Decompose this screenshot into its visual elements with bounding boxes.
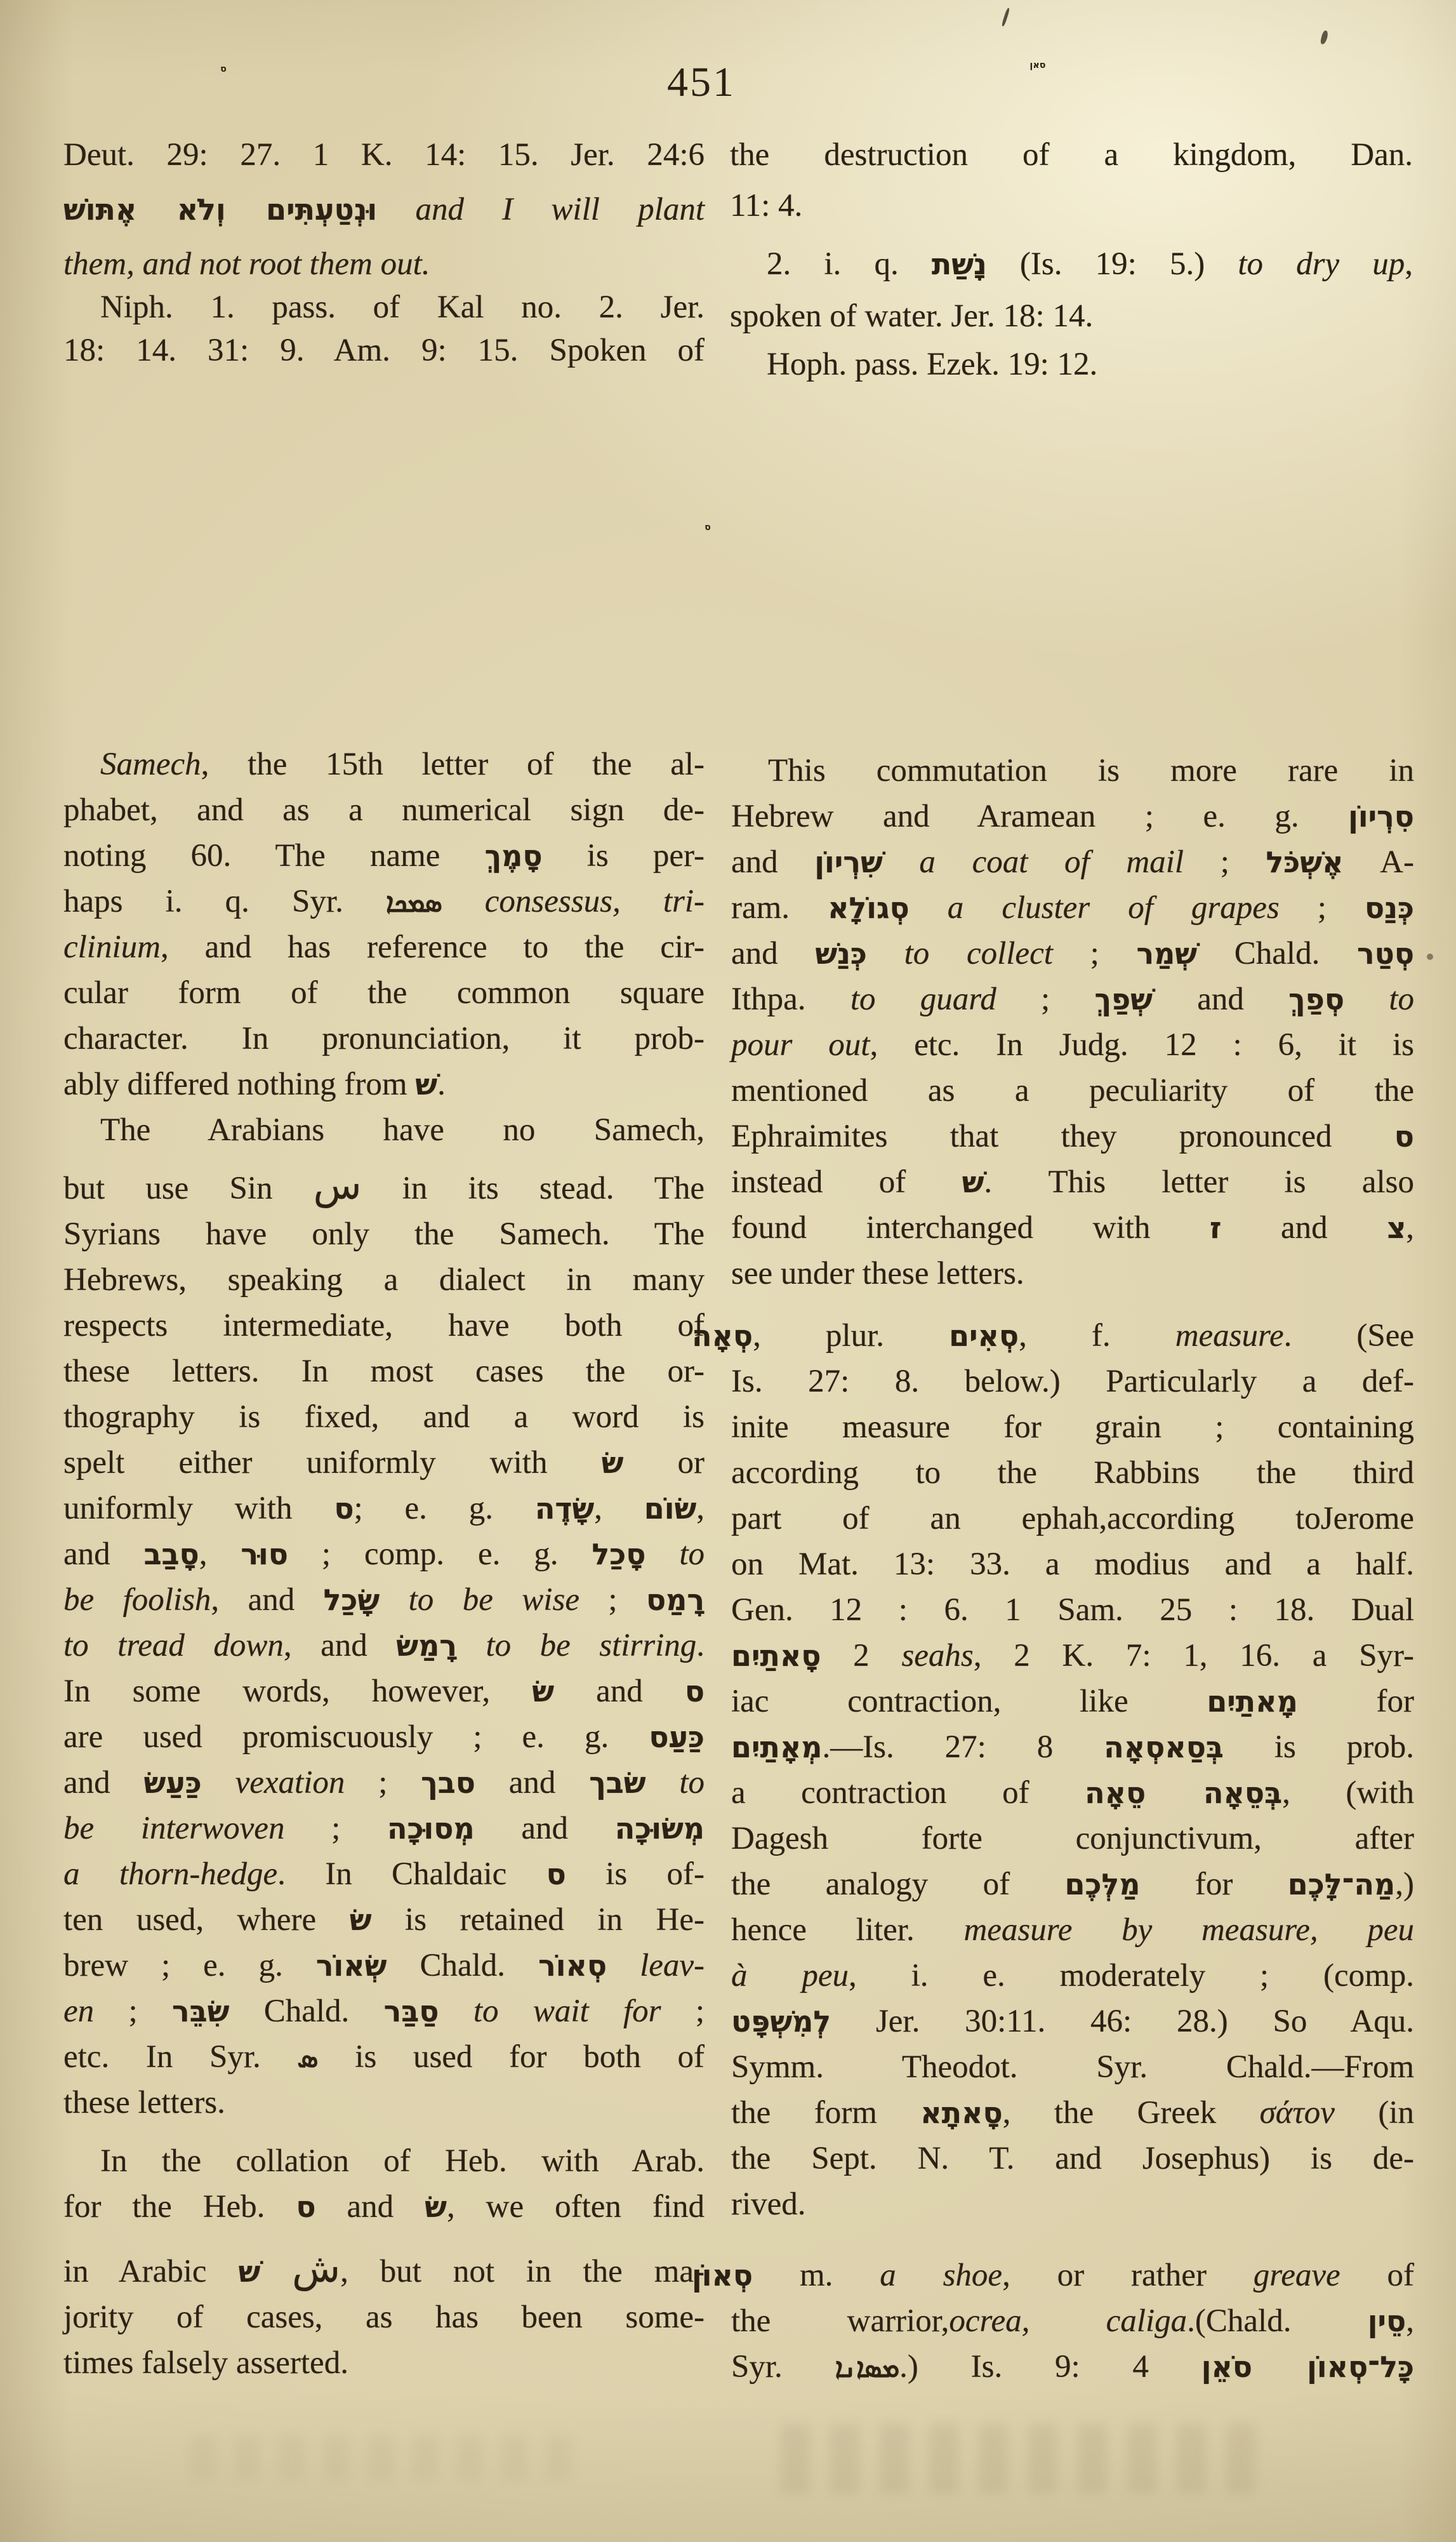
italic-text: a shoe — [880, 2258, 1002, 2293]
text-line: mentioned as a peculiarity of the — [731, 1068, 1414, 1114]
text-line: for the Heb. ס and שׂ, we often find — [63, 2184, 705, 2230]
roman-text: is prob. — [1224, 1729, 1414, 1765]
roman-text: and — [731, 844, 814, 880]
hebrew-text: בְּסֵאָה סֵאָה — [1085, 1776, 1282, 1810]
roman-text: or — [623, 1445, 705, 1481]
hebrew-text: סֵין — [1368, 2304, 1406, 2338]
roman-text: ; comp. e. g. — [288, 1536, 592, 1572]
arabic-text: س — [314, 1162, 362, 1208]
roman-text: on Mat. 13: 33. a modius and a half. — [731, 1547, 1414, 1582]
roman-text: .) Is. 9: 4 — [899, 2349, 1201, 2385]
roman-text: ; — [1053, 936, 1137, 971]
roman-text: ; — [996, 982, 1095, 1017]
text-line: iac contraction, like מָאתַיִם for — [731, 1679, 1414, 1724]
hebrew-text: שׁ — [962, 1165, 984, 1199]
hebrew-text: סָמֶךְ — [485, 839, 543, 873]
roman-text: Chald. — [229, 1993, 383, 2029]
roman-text — [380, 1582, 408, 1618]
roman-text: the destruction of a kingdom, Dan. — [730, 137, 1413, 173]
roman-text: , and has reference to the cir- — [161, 929, 705, 965]
text-line: 18: 14. 31: 9. Am. 9: 15. Spoken of — [63, 329, 705, 372]
text-line: and שִׁרְיוֹן a coat of mail ; אֶשְׁכֹּל… — [731, 839, 1414, 885]
text-line: clinium, and has reference to the cir- — [63, 924, 705, 970]
hebrew-text: צ — [1387, 1211, 1406, 1245]
greek-text: σάτον — [1260, 2095, 1335, 2131]
arabic-text: ش — [292, 2245, 340, 2291]
roman-text: and — [1153, 982, 1288, 1017]
text-line: the destruction of a kingdom, Dan. — [730, 133, 1413, 176]
roman-text: thography is fixed, and a word is — [63, 1399, 705, 1435]
main-left-column: Samech, the 15th letter of the al-phabet… — [63, 742, 705, 2386]
text-line: Hebrews, speaking a dialect in many — [63, 1257, 705, 1303]
text-line: לְמִשְׁפָּט Jer. 30:11. 46: 28.) So Aqu. — [731, 1999, 1414, 2044]
roman-text: , etc. In Judg. 12 : 6, it is — [870, 1027, 1414, 1063]
hebrew-text: סוּר — [241, 1537, 288, 1571]
roman-text: ,) — [1395, 1867, 1414, 1902]
italic-text: to guard — [850, 982, 996, 1017]
roman-text: ; — [579, 1582, 646, 1618]
running-head-left-letter: ס — [185, 65, 261, 74]
roman-text: brew ; e. g. — [63, 1948, 316, 1983]
text-line: Ithpa. to guard ; שְׁפַךְ and סְפַךְ to — [731, 976, 1414, 1022]
page-number: 451 — [638, 58, 765, 107]
hebrew-text: מְסוּכָה — [387, 1811, 475, 1846]
text-line: brew ; e. g. שְׂאוֹר Chald. סְאוֹר leav- — [63, 1943, 705, 1988]
roman-text: , — [1406, 1210, 1414, 1246]
roman-text: and — [1221, 1210, 1387, 1246]
text-line: In some words, however, שׂ and ס — [63, 1668, 705, 1714]
hebrew-text: שְׂאוֹר — [316, 1948, 387, 1983]
hebrew-text: בְּסַאסְאָה — [1104, 1730, 1224, 1764]
italic-text: to be wise — [409, 1582, 579, 1618]
roman-text: ; — [1280, 890, 1365, 926]
roman-text: . — [696, 1628, 705, 1663]
hebrew-text: נָשַׁת — [932, 247, 987, 281]
roman-text: This commutation is more rare in — [768, 753, 1414, 789]
text-line: מְאָתַיִם.—Is. 27: 8 בְּסַאסְאָה is prob… — [731, 1724, 1414, 1770]
text-line: part of an ephah,according toJerome — [731, 1496, 1414, 1541]
hebrew-text: שׂ — [532, 1674, 554, 1708]
roman-text — [883, 844, 920, 880]
roman-text: Ithpa. — [731, 982, 850, 1017]
text-line: Dagesh forte conjunctivum, after — [731, 1816, 1414, 1861]
roman-text: The Arabians have no Samech, — [100, 1112, 705, 1148]
hebrew-text: סַבַּר — [384, 1994, 439, 2028]
roman-text — [439, 1993, 473, 2029]
text-line: them, and not root them out. — [63, 243, 705, 286]
roman-text: , we often find — [447, 2189, 705, 2225]
roman-text: for — [1140, 1867, 1287, 1902]
roman-text: Gen. 12 : 6. 1 Sam. 25 : 18. Dual — [731, 1592, 1414, 1628]
roman-text: Niph. 1. pass. of Kal no. 2. Jer. — [100, 289, 705, 325]
hebrew-text: כְּנַשׁ — [815, 936, 867, 971]
roman-text: , — [1405, 246, 1413, 282]
italic-text: a coat of mail — [919, 844, 1184, 880]
roman-text: the warrior, — [731, 2303, 949, 2339]
hebrew-text: רָמַשׂ — [396, 1628, 457, 1663]
roman-text: spoken of water. Jer. 18: 14. — [730, 298, 1093, 334]
roman-text: m. — [753, 2258, 880, 2293]
roman-text: inite measure for grain ; containing — [731, 1409, 1414, 1445]
hebrew-text: ז — [1210, 1211, 1221, 1245]
top-left-column: Deut. 29: 27. 1 K. 14: 15. Jer. 24:6וּנְ… — [63, 133, 705, 372]
hebrew-text: שׁ — [415, 1067, 437, 1101]
hebrew-text: שׂ — [602, 1446, 624, 1480]
roman-text: , (with — [1282, 1775, 1414, 1811]
hebrew-text: שְׁמַר — [1136, 936, 1197, 971]
italic-text: to wait for — [473, 1993, 661, 2029]
roman-text: according to the Rabbins the third — [731, 1455, 1414, 1491]
hebrew-text: שְׁפַךְ — [1094, 982, 1153, 1016]
text-line: times falsely asserted. — [63, 2340, 705, 2386]
hebrew-text: מְשׂוּכָה — [615, 1811, 705, 1846]
hebrew-text: סְאוֹר — [538, 1948, 607, 1983]
hebrew-text: לְמִשְׁפָּט — [731, 2004, 831, 2039]
section-divider-letter: ס — [666, 523, 749, 532]
italic-text: measure — [1175, 1318, 1284, 1354]
hebrew-text: כַּעַשׂ — [143, 1766, 201, 1800]
scan-artifact — [1427, 954, 1433, 960]
italic-text: to be stirring — [486, 1628, 696, 1663]
roman-text: noting 60. The name — [63, 838, 485, 874]
hebrew-text: מַלְּכֶם — [1065, 1867, 1141, 1901]
roman-text: , — [1406, 2303, 1414, 2339]
roman-text: is of- — [566, 1856, 705, 1892]
hebrew-text: אֶשְׁכֹּל — [1266, 845, 1344, 879]
text-line: the warrior,ocrea, caliga.(Chald. סֵין, — [731, 2298, 1414, 2344]
hebrew-text: סְפַךְ — [1288, 982, 1344, 1016]
roman-text: the form — [731, 2095, 920, 2131]
roman-text: rived. — [731, 2186, 806, 2222]
text-line: to tread down, and רָמַשׂ to be stirring… — [63, 1623, 705, 1668]
roman-text: , — [594, 1491, 644, 1526]
roman-text: the analogy of — [731, 1867, 1065, 1902]
roman-text: ; e. g. — [354, 1491, 535, 1526]
roman-text: , but not in the ma- — [340, 2254, 705, 2289]
text-line: à peu, i. e. moderately ; (comp. — [731, 1953, 1414, 1999]
hebrew-text: שׂבך — [589, 1766, 645, 1800]
hebrew-text: שׂ — [425, 2190, 447, 2224]
italic-text: à peu — [731, 1958, 849, 1993]
roman-text: Hebrews, speaking a dialect in many — [63, 1262, 705, 1298]
text-line: ram. סְגוֹלָא a cluster of grapes ; כְּנ… — [731, 885, 1414, 931]
text-line: these letters. — [63, 2080, 705, 2126]
text-line: pour out, etc. In Judg. 12 : 6, it is — [731, 1022, 1414, 1068]
text-line: 11: 4. — [730, 184, 1413, 227]
text-line: phabet, and as a numerical sign de- — [63, 787, 705, 833]
roman-text: , or rather — [1002, 2258, 1254, 2293]
scan-artifact — [1320, 30, 1328, 45]
italic-text: to — [679, 1536, 705, 1572]
roman-text: times falsely asserted. — [63, 2345, 348, 2381]
hebrew-text: שׂ — [350, 1903, 372, 1937]
roman-text: (in — [1335, 2095, 1414, 2131]
hebrew-text: ס — [546, 1857, 566, 1891]
hebrew-text: מַה־לָּכֶם — [1288, 1867, 1396, 1901]
text-line: a thorn-hedge. In Chaldaic ס is of- — [63, 1851, 705, 1897]
roman-text: , — [199, 1536, 241, 1572]
roman-text: In the collation of Heb. with Arab. — [100, 2143, 705, 2179]
hebrew-text: סבך — [421, 1766, 475, 1800]
italic-text: to — [679, 1765, 705, 1800]
roman-text: phabet, and as a numerical sign de- — [63, 792, 705, 828]
roman-text — [607, 1948, 640, 1983]
text-line: Symm. Theodot. Syr. Chald.—From — [731, 2044, 1414, 2090]
roman-text: .—Is. 27: 8 — [822, 1729, 1104, 1765]
roman-text: but use Sin — [63, 1171, 314, 1206]
hebrew-text: ס — [296, 2190, 315, 2224]
roman-text: and — [475, 1811, 615, 1846]
italic-text: them, and not root them out. — [63, 246, 430, 282]
roman-text: Hebrew and Aramean ; e. g. — [731, 799, 1348, 834]
roman-text: Syrians have only the Samech. The — [63, 1216, 705, 1252]
roman-text — [377, 192, 415, 227]
italic-text: to tread down — [63, 1628, 284, 1663]
roman-text: ten used, where — [63, 1902, 350, 1938]
roman-text: mentioned as a peculiarity of the — [731, 1073, 1414, 1108]
roman-text: a contraction of — [731, 1775, 1085, 1811]
italic-text: measure by measure, peu — [963, 1912, 1414, 1948]
roman-text: jority of cases, as has been some- — [63, 2299, 705, 2335]
roman-text: found interchanged with — [731, 1210, 1210, 1246]
italic-text: ocrea, caliga — [949, 2303, 1187, 2339]
roman-text: , 2 K. 7: 1, 16. a Syr- — [974, 1638, 1414, 1674]
italic-text: greave — [1254, 2258, 1340, 2293]
roman-text: iac contraction, like — [731, 1684, 1207, 1719]
hebrew-text: כָּל־סְאוֹן סֹאֵן — [1201, 2350, 1414, 2384]
hebrew-text: סָבַב — [144, 1537, 199, 1571]
roman-text: see under these letters. — [731, 1256, 1024, 1291]
roman-text: and — [554, 1674, 685, 1709]
text-line: Ephraimites that they pronounced ס — [731, 1114, 1414, 1159]
roman-text: , the 15th letter of the al- — [201, 747, 705, 782]
bleedthrough-smudge — [781, 2424, 1263, 2494]
roman-text — [1344, 982, 1389, 1017]
hebrew-text: שִׁרְיוֹן — [814, 845, 882, 879]
text-line: character. In pronunciation, it prob- — [63, 1016, 705, 1061]
italic-text: to dry up — [1238, 246, 1405, 282]
roman-text: haps i. q. Syr. — [63, 884, 386, 919]
roman-text: .(Chald. — [1187, 2303, 1368, 2339]
text-line: these letters. In most cases the or- — [63, 1348, 705, 1394]
page: ס 451 סאן Deut. 29: 27. 1 K. 14: 15. Jer… — [0, 0, 1456, 2542]
roman-text: for the Heb. — [63, 2189, 296, 2225]
text-line: and כְּנַשׁ to collect ; שְׁמַר Chald. ס… — [731, 931, 1414, 976]
roman-text: A- — [1344, 844, 1414, 880]
italic-text: pour out — [731, 1027, 870, 1063]
text-line: hence liter. measure by measure, peu — [731, 1907, 1414, 1953]
hebrew-text: סִרְיוֹן — [1348, 799, 1414, 834]
text-line: סָאתַיִם 2 seahs, 2 K. 7: 1, 16. a Syr- — [731, 1633, 1414, 1679]
text-line: The Arabians have no Samech, — [63, 1107, 705, 1153]
italic-text: vexation — [235, 1765, 345, 1800]
roman-text: 18: 14. 31: 9. Am. 9: 15. Spoken of — [63, 333, 705, 368]
hebrew-text: סָכַל — [592, 1537, 645, 1571]
italic-text: to — [1389, 982, 1414, 1017]
roman-text: etc. In Syr. — [63, 2039, 297, 2075]
bleedthrough-smudge — [190, 2435, 584, 2480]
roman-text: Chald. — [1197, 936, 1357, 971]
roman-text — [646, 1765, 680, 1800]
roman-text: uniformly with — [63, 1491, 334, 1526]
hebrew-text: שָׂכַל — [324, 1583, 380, 1617]
roman-text: ; — [94, 1993, 172, 2029]
italic-text: Samech — [100, 747, 201, 782]
roman-text: In some words, however, — [63, 1674, 532, 1709]
text-line: 2. i. q. נָשַׁת (Is. 19: 5.) to dry up, — [730, 243, 1413, 286]
roman-text: respects intermediate, have both of — [63, 1308, 705, 1343]
roman-text: , f. — [1019, 1318, 1175, 1354]
roman-text: these letters. — [63, 2085, 225, 2120]
text-line: Deut. 29: 27. 1 K. 14: 15. Jer. 24:6 — [63, 133, 705, 176]
italic-text: to collect — [904, 936, 1053, 971]
roman-text: part of an ephah,according toJerome — [731, 1501, 1414, 1536]
roman-text: (Is. 19: 5.) — [987, 246, 1238, 282]
text-line: וּנְטַעְתִּים וְלֹא אֶתּוֹשׁ and I will … — [63, 188, 705, 231]
roman-text: . This letter is also — [984, 1164, 1414, 1200]
roman-text: ; — [661, 1993, 705, 2029]
text-line: Hoph. pass. Ezek. 19: 12. — [730, 343, 1413, 386]
hebrew-text: סְאָה — [692, 1319, 753, 1353]
roman-text: . In Chaldaic — [277, 1856, 546, 1892]
roman-text — [442, 884, 485, 919]
hebrew-text: סְאוֹן — [692, 2258, 753, 2292]
roman-text: is per- — [543, 838, 705, 874]
roman-text: of — [1340, 2258, 1414, 2293]
text-line: be interwoven ; מְסוּכָה and מְשׂוּכָה — [63, 1806, 705, 1851]
text-line: in Arabic שׁ ش, but not in the ma- — [63, 2249, 705, 2294]
hebrew-text: שִׂבֵּר — [172, 1994, 229, 2028]
roman-text: , the Greek — [1003, 2095, 1260, 2131]
roman-text: Deut. 29: 27. 1 K. 14: 15. Jer. 24:6 — [63, 137, 705, 173]
text-line: In the collation of Heb. with Arab. — [63, 2138, 705, 2184]
roman-text — [457, 1628, 486, 1663]
roman-text: . (See — [1284, 1318, 1414, 1354]
text-line: on Mat. 13: 33. a modius and a half. — [731, 1541, 1414, 1587]
text-line: the form סָאתָא, the Greek σάτον (in — [731, 2090, 1414, 2136]
scan-artifact — [1001, 8, 1010, 27]
roman-text: instead of — [731, 1164, 962, 1200]
roman-text: . — [437, 1067, 446, 1102]
roman-text: and — [63, 1536, 144, 1572]
text-line: etc. In Syr. ܣ is used for both of — [63, 2034, 705, 2080]
roman-text: Jer. 30:11. 46: 28.) So Aqu. — [831, 2004, 1414, 2039]
roman-text: and — [316, 2189, 425, 2225]
roman-text: 2 — [821, 1638, 901, 1674]
roman-text: , and — [284, 1628, 396, 1663]
roman-text — [202, 1765, 235, 1800]
roman-text — [645, 1536, 679, 1572]
text-line: noting 60. The name סָמֶךְ is per- — [63, 833, 705, 879]
text-line: Samech, the 15th letter of the al- — [63, 742, 705, 787]
italic-text: clinium — [63, 929, 161, 965]
syriac-text: ܣܡܟܐ — [386, 887, 442, 918]
text-line: Syrians have only the Samech. The — [63, 1211, 705, 1257]
hebrew-text: ס — [685, 1674, 705, 1708]
roman-text: ; — [1184, 844, 1266, 880]
roman-text: character. In pronunciation, it prob- — [63, 1021, 705, 1056]
hebrew-text: שׂוֹם — [644, 1491, 697, 1526]
roman-text: Is. 27: 8. below.) Particularly a def- — [731, 1364, 1414, 1399]
roman-text: 2. i. q. — [767, 246, 932, 282]
roman-text — [260, 2254, 292, 2289]
text-line: but use Sin س in its stead. The — [63, 1166, 705, 1211]
text-line: סְאָה, plur. סְאִים, f. measure. (See — [692, 1313, 1414, 1359]
roman-text: and — [731, 936, 815, 971]
italic-text: and I will plant — [415, 192, 705, 227]
roman-text — [867, 936, 904, 971]
roman-text: ram. — [731, 890, 828, 926]
roman-text: ; — [345, 1765, 421, 1800]
hebrew-text: שׁ — [238, 2254, 260, 2289]
hebrew-text: מְאָתַיִם — [731, 1730, 822, 1764]
roman-text: for — [1298, 1684, 1414, 1719]
hebrew-text: רָמַס — [646, 1583, 705, 1617]
text-line: ten used, where שׂ is retained in He- — [63, 1897, 705, 1943]
text-line: cular form of the common square — [63, 970, 705, 1016]
roman-text: Hoph. pass. Ezek. 19: 12. — [767, 347, 1097, 382]
roman-text: ably differed nothing from — [63, 1067, 415, 1102]
roman-text: is retained in He- — [372, 1902, 705, 1938]
roman-text: are used promiscuously ; e. g. — [63, 1719, 649, 1755]
syriac-text: ܡܣܐܢܐ — [835, 2352, 900, 2383]
italic-text: en — [63, 1993, 94, 2029]
roman-text: Chald. — [387, 1948, 538, 1983]
roman-text: Ephraimites that they pronounced — [731, 1119, 1394, 1154]
text-line: and כַּעַשׂ vexation ; סבך and שׂבך to — [63, 1760, 705, 1806]
text-line: uniformly with ס; e. g. שָׂדֶה, שׂוֹם, — [63, 1486, 705, 1531]
roman-text: is used for both of — [319, 2039, 705, 2075]
text-line: spelt either uniformly with שׂ or — [63, 1440, 705, 1486]
text-line: spoken of water. Jer. 18: 14. — [730, 295, 1413, 338]
roman-text: Symm. Theodot. Syr. Chald.—From — [731, 2049, 1414, 2085]
text-line: found interchanged with ז and צ, — [731, 1205, 1414, 1251]
hebrew-text: שָׂדֶה — [535, 1491, 594, 1526]
syriac-text: ܣ — [297, 2042, 318, 2073]
text-line: jority of cases, as has been some- — [63, 2294, 705, 2340]
italic-text: consessus, tri- — [485, 884, 705, 919]
text-line: a contraction of בְּסֵאָה סֵאָה, (with — [731, 1770, 1414, 1816]
roman-text: , — [696, 1491, 705, 1526]
roman-text: in Arabic — [63, 2254, 238, 2289]
roman-text: , i. e. moderately ; (comp. — [849, 1958, 1414, 1993]
text-line: Is. 27: 8. below.) Particularly a def- — [731, 1359, 1414, 1404]
hebrew-text: כְּנַס — [1365, 891, 1414, 925]
top-right-column: the destruction of a kingdom, Dan.11: 4.… — [730, 133, 1413, 386]
roman-text: 11: 4. — [730, 188, 802, 223]
hebrew-text: ס — [334, 1491, 354, 1526]
roman-text: hence liter. — [731, 1912, 963, 1948]
running-head-right-word: סאן — [974, 61, 1101, 70]
hebrew-text: וּנְטַעְתִּים וְלֹא אֶתּוֹשׁ — [63, 192, 377, 227]
text-line: rived. — [731, 2181, 1414, 2227]
text-line: Gen. 12 : 6. 1 Sam. 25 : 18. Dual — [731, 1587, 1414, 1633]
roman-text: , and — [211, 1582, 323, 1618]
text-line: Niph. 1. pass. of Kal no. 2. Jer. — [63, 286, 705, 329]
text-line: be foolish, and שָׂכַל to be wise ; רָמַ… — [63, 1577, 705, 1623]
hebrew-text: ס — [1394, 1119, 1414, 1154]
text-line: thography is fixed, and a word is — [63, 1394, 705, 1440]
text-line: Hebrew and Aramean ; e. g. סִרְיוֹן — [731, 794, 1414, 839]
roman-text: in its stead. The — [362, 1171, 705, 1206]
roman-text: spelt either uniformly with — [63, 1445, 602, 1481]
roman-text: , plur. — [753, 1318, 949, 1354]
roman-text: the Sept. N. T. and Josephus) is de- — [731, 2141, 1414, 2176]
text-line: instead of שׁ. This letter is also — [731, 1159, 1414, 1205]
text-line: haps i. q. Syr. ܣܡܟܐ consessus, tri- — [63, 879, 705, 924]
text-line: Syr. ܡܣܐܢܐ.) Is. 9: 4 כָּל־סְאוֹן סֹאֵן — [731, 2344, 1414, 2390]
italic-text: seahs — [901, 1638, 973, 1674]
